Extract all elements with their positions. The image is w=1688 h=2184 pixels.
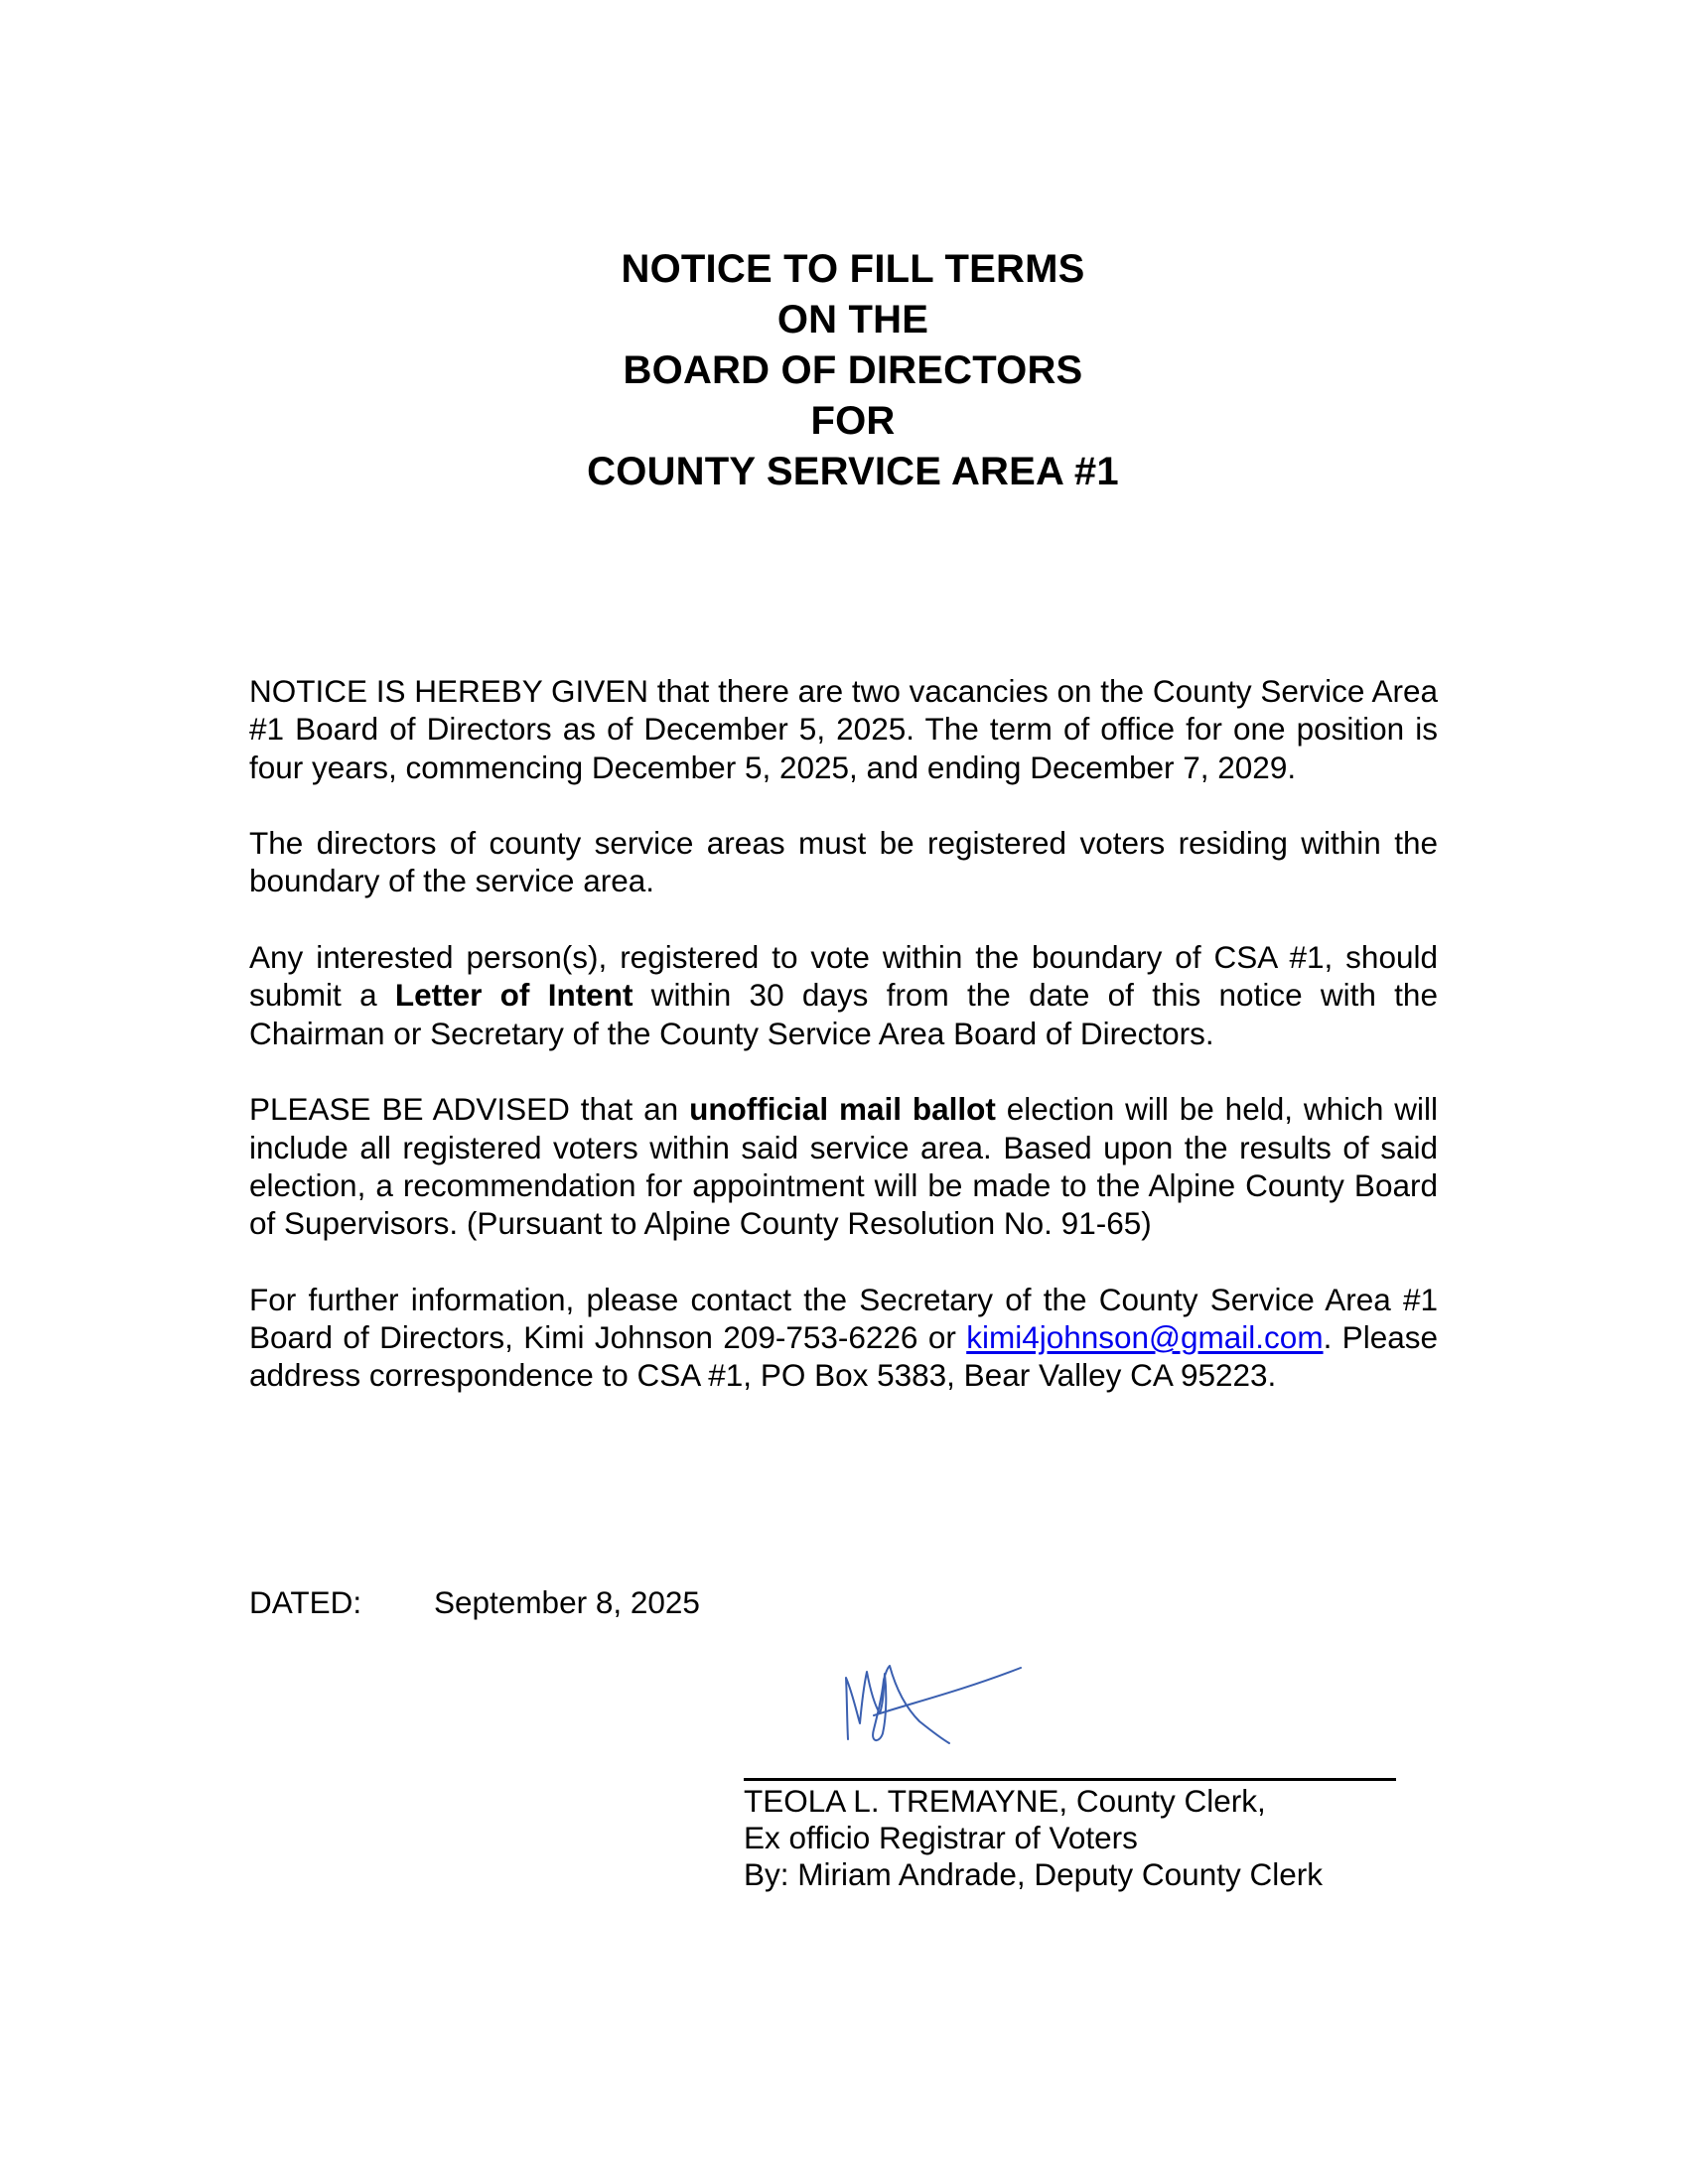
- paragraph-letter-of-intent: Any interested person(s), registered to …: [249, 938, 1438, 1052]
- dated-label: DATED:: [249, 1583, 434, 1621]
- notice-page: NOTICE TO FILL TERMS ON THE BOARD OF DIR…: [0, 0, 1688, 2184]
- notice-title: NOTICE TO FILL TERMS ON THE BOARD OF DIR…: [0, 244, 1688, 497]
- signer-deputy: By: Miriam Andrade, Deputy County Clerk: [744, 1856, 1323, 1893]
- paragraph-contact: For further information, please contact …: [249, 1281, 1438, 1395]
- signer-title: Ex officio Registrar of Voters: [744, 1820, 1323, 1856]
- signature-block: TEOLA L. TREMAYNE, County Clerk, Ex offi…: [744, 1783, 1323, 1893]
- title-line: COUNTY SERVICE AREA #1: [0, 447, 1688, 497]
- title-line: NOTICE TO FILL TERMS: [0, 244, 1688, 295]
- dated-value: September 8, 2025: [434, 1584, 700, 1620]
- signature-line: [744, 1778, 1396, 1781]
- mail-ballot-emphasis: unofficial mail ballot: [689, 1091, 996, 1127]
- email-link[interactable]: kimi4johnson@gmail.com: [966, 1319, 1323, 1355]
- title-line: FOR: [0, 396, 1688, 447]
- dated-row: DATED:September 8, 2025: [249, 1583, 700, 1621]
- paragraph-eligibility: The directors of county service areas mu…: [249, 824, 1438, 900]
- letter-of-intent-emphasis: Letter of Intent: [395, 977, 633, 1013]
- paragraph-mail-ballot: PLEASE BE ADVISED that an unofficial mai…: [249, 1090, 1438, 1242]
- signer-name: TEOLA L. TREMAYNE, County Clerk,: [744, 1783, 1323, 1820]
- notice-body: NOTICE IS HEREBY GIVEN that there are tw…: [249, 672, 1438, 1433]
- handwritten-signature-icon: [840, 1658, 1029, 1749]
- paragraph-vacancies: NOTICE IS HEREBY GIVEN that there are tw…: [249, 672, 1438, 786]
- title-line: ON THE: [0, 295, 1688, 345]
- title-line: BOARD OF DIRECTORS: [0, 345, 1688, 396]
- paragraph-text: PLEASE BE ADVISED that an: [249, 1091, 689, 1127]
